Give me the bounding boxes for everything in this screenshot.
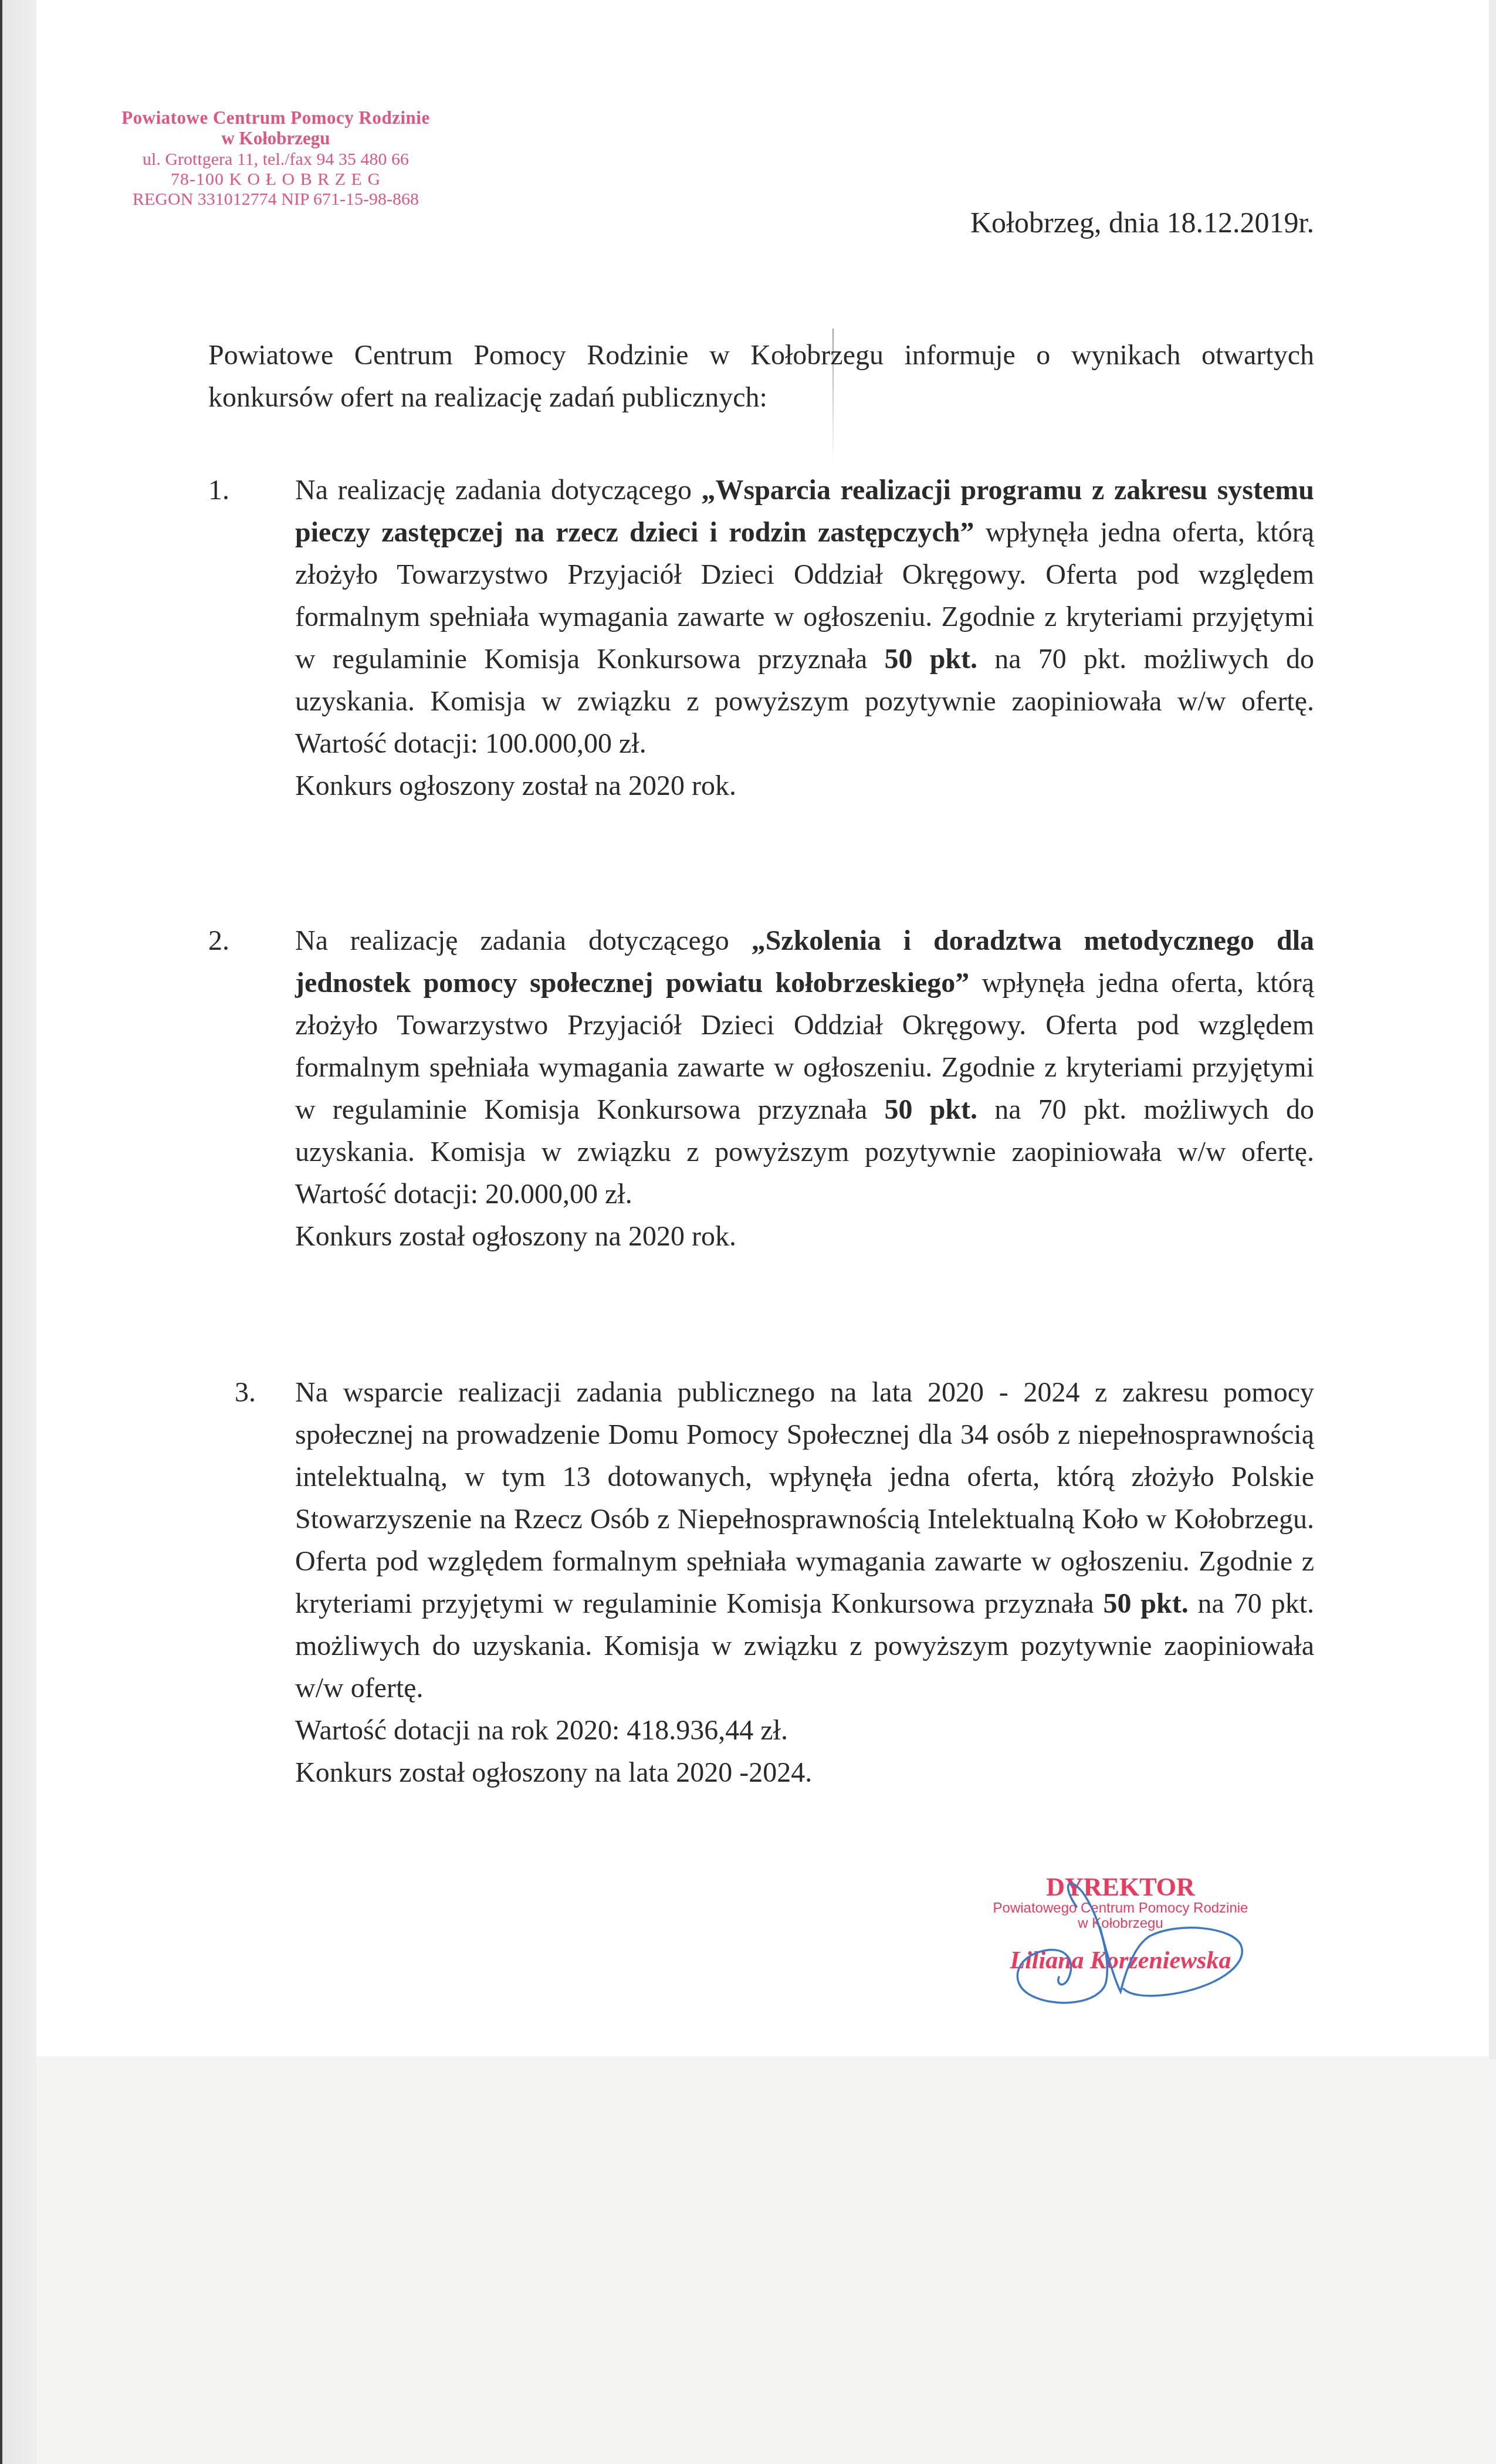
item-footer: Konkurs został ogłoszony na 2020 rok. <box>295 1216 1314 1258</box>
intro-text: Powiatowe Centrum Pomocy Rodzinie w Koło… <box>208 334 1314 419</box>
result-item: 3. Na wsparcie realizacji zadania public… <box>208 1372 1314 1794</box>
item-lead: Na wsparcie realizacji zadania publiczne… <box>295 1377 1314 1619</box>
stamp-line-org: Powiatowe Centrum Pomocy Rodzinie <box>111 109 440 127</box>
result-item: 1. Na realizację zadania dotyczącego „Ws… <box>208 469 1314 807</box>
item-footer: Konkurs został ogłoszony na lata 2020 -2… <box>295 1752 1314 1794</box>
grant-value: Wartość dotacji na rok 2020: 418.936,44 … <box>295 1710 1314 1752</box>
item-number: 3. <box>235 1372 256 1414</box>
stamp-line-postal: 78-100 K O Ł O B R Z E G <box>111 171 440 188</box>
points-awarded: 50 pkt. <box>884 644 977 675</box>
item-body: Na realizację zadania dotyczącego „Wspar… <box>295 469 1314 765</box>
points-awarded: 50 pkt. <box>884 1094 977 1125</box>
item-body: Na realizację zadania dotyczącego „Szkol… <box>295 920 1314 1216</box>
stamp-line-city: w Kołobrzegu <box>111 129 440 147</box>
item-lead: Na realizację zadania dotyczącego <box>295 925 752 956</box>
signature-block: DYREKTOR Powiatowego Centrum Pomocy Rodz… <box>974 1874 1267 1992</box>
document-date: Kołobrzeg, dnia 18.12.2019r. <box>970 205 1314 239</box>
scan-left-margin <box>2 0 36 2464</box>
letterhead-stamp: Powiatowe Centrum Pomocy Rodzinie w Koło… <box>111 109 440 208</box>
item-footer: Konkurs ogłoszony został na 2020 rok. <box>295 765 1314 807</box>
scan-right-margin <box>1489 0 1496 2059</box>
stamp-line-ids: REGON 331012774 NIP 671-15-98-868 <box>111 191 440 208</box>
item-number: 1. <box>208 469 229 512</box>
stamp-line-address: ul. Grottgera 11, tel./fax 94 35 480 66 <box>111 151 440 168</box>
item-lead: Na realizację zadania dotyczącego <box>295 475 701 506</box>
points-awarded: 50 pkt. <box>1103 1588 1188 1619</box>
intro-paragraph: Powiatowe Centrum Pomocy Rodzinie w Koło… <box>208 334 1314 419</box>
result-item: 2. Na realizację zadania dotyczącego „Sz… <box>208 920 1314 1258</box>
item-number: 2. <box>208 920 229 962</box>
handwritten-signature-icon <box>974 1863 1267 2015</box>
item-body: Na wsparcie realizacji zadania publiczne… <box>295 1372 1314 1710</box>
